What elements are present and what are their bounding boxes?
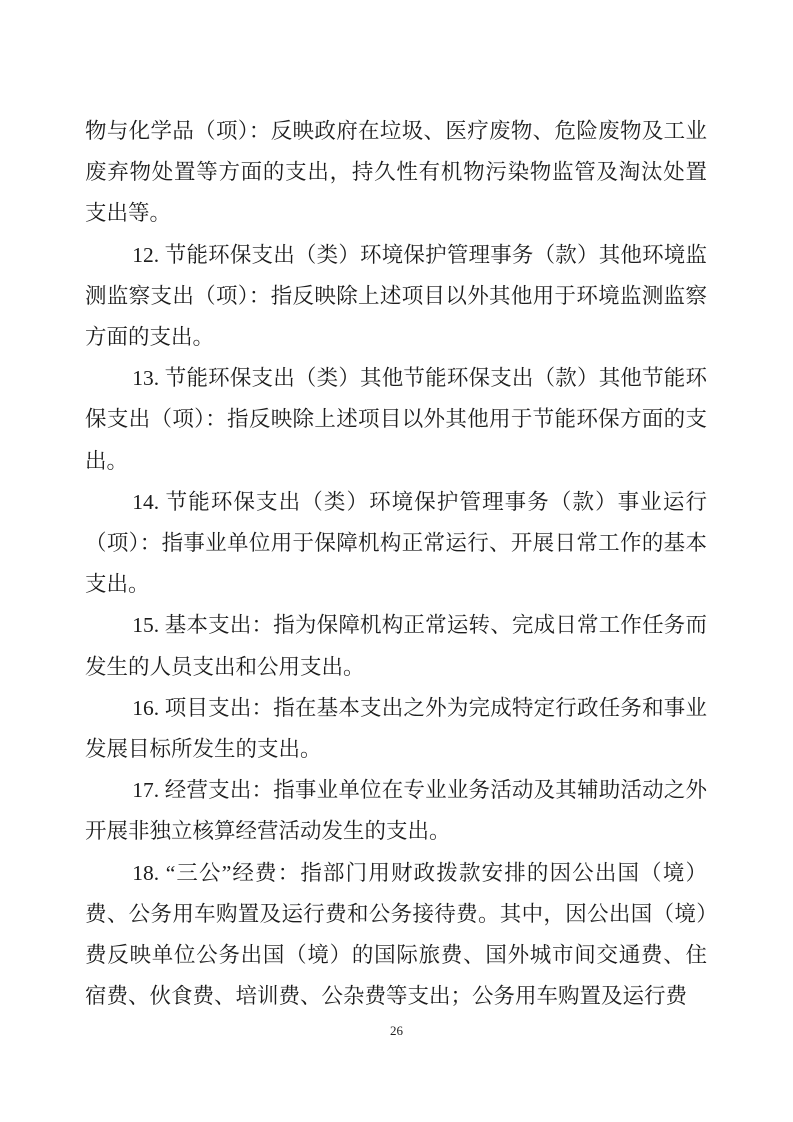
- definition-item-12: 12. 节能环保支出（类）环境保护管理事务（款）其他环境监测监察支出（项）：指反…: [85, 235, 707, 359]
- paragraph-continuation: 物与化学品（项）：反映政府在垃圾、医疗废物、危险废物及工业废弃物处置等方面的支出…: [85, 111, 707, 235]
- definition-item-18: 18. “三公”经费：指部门用财政拨款安排的因公出国（境）费、公务用车购置及运行…: [85, 853, 707, 1018]
- document-body: 物与化学品（项）：反映政府在垃圾、医疗废物、危险废物及工业废弃物处置等方面的支出…: [85, 111, 707, 1017]
- definition-item-17: 17. 经营支出：指事业单位在专业业务活动及其辅助活动之外开展非独立核算经营活动…: [85, 770, 707, 852]
- document-page: 物与化学品（项）：反映政府在垃圾、医疗废物、危险废物及工业废弃物处置等方面的支出…: [0, 0, 793, 1122]
- page-number: 26: [0, 1022, 793, 1040]
- definition-item-15: 15. 基本支出：指为保障机构正常运转、完成日常工作任务而发生的人员支出和公用支…: [85, 605, 707, 687]
- definition-item-16: 16. 项目支出：指在基本支出之外为完成特定行政任务和事业发展目标所发生的支出。: [85, 688, 707, 770]
- definition-item-13: 13. 节能环保支出（类）其他节能环保支出（款）其他节能环保支出（项）：指反映除…: [85, 358, 707, 482]
- definition-item-14: 14. 节能环保支出（类）环境保护管理事务（款）事业运行（项）：指事业单位用于保…: [85, 482, 707, 606]
